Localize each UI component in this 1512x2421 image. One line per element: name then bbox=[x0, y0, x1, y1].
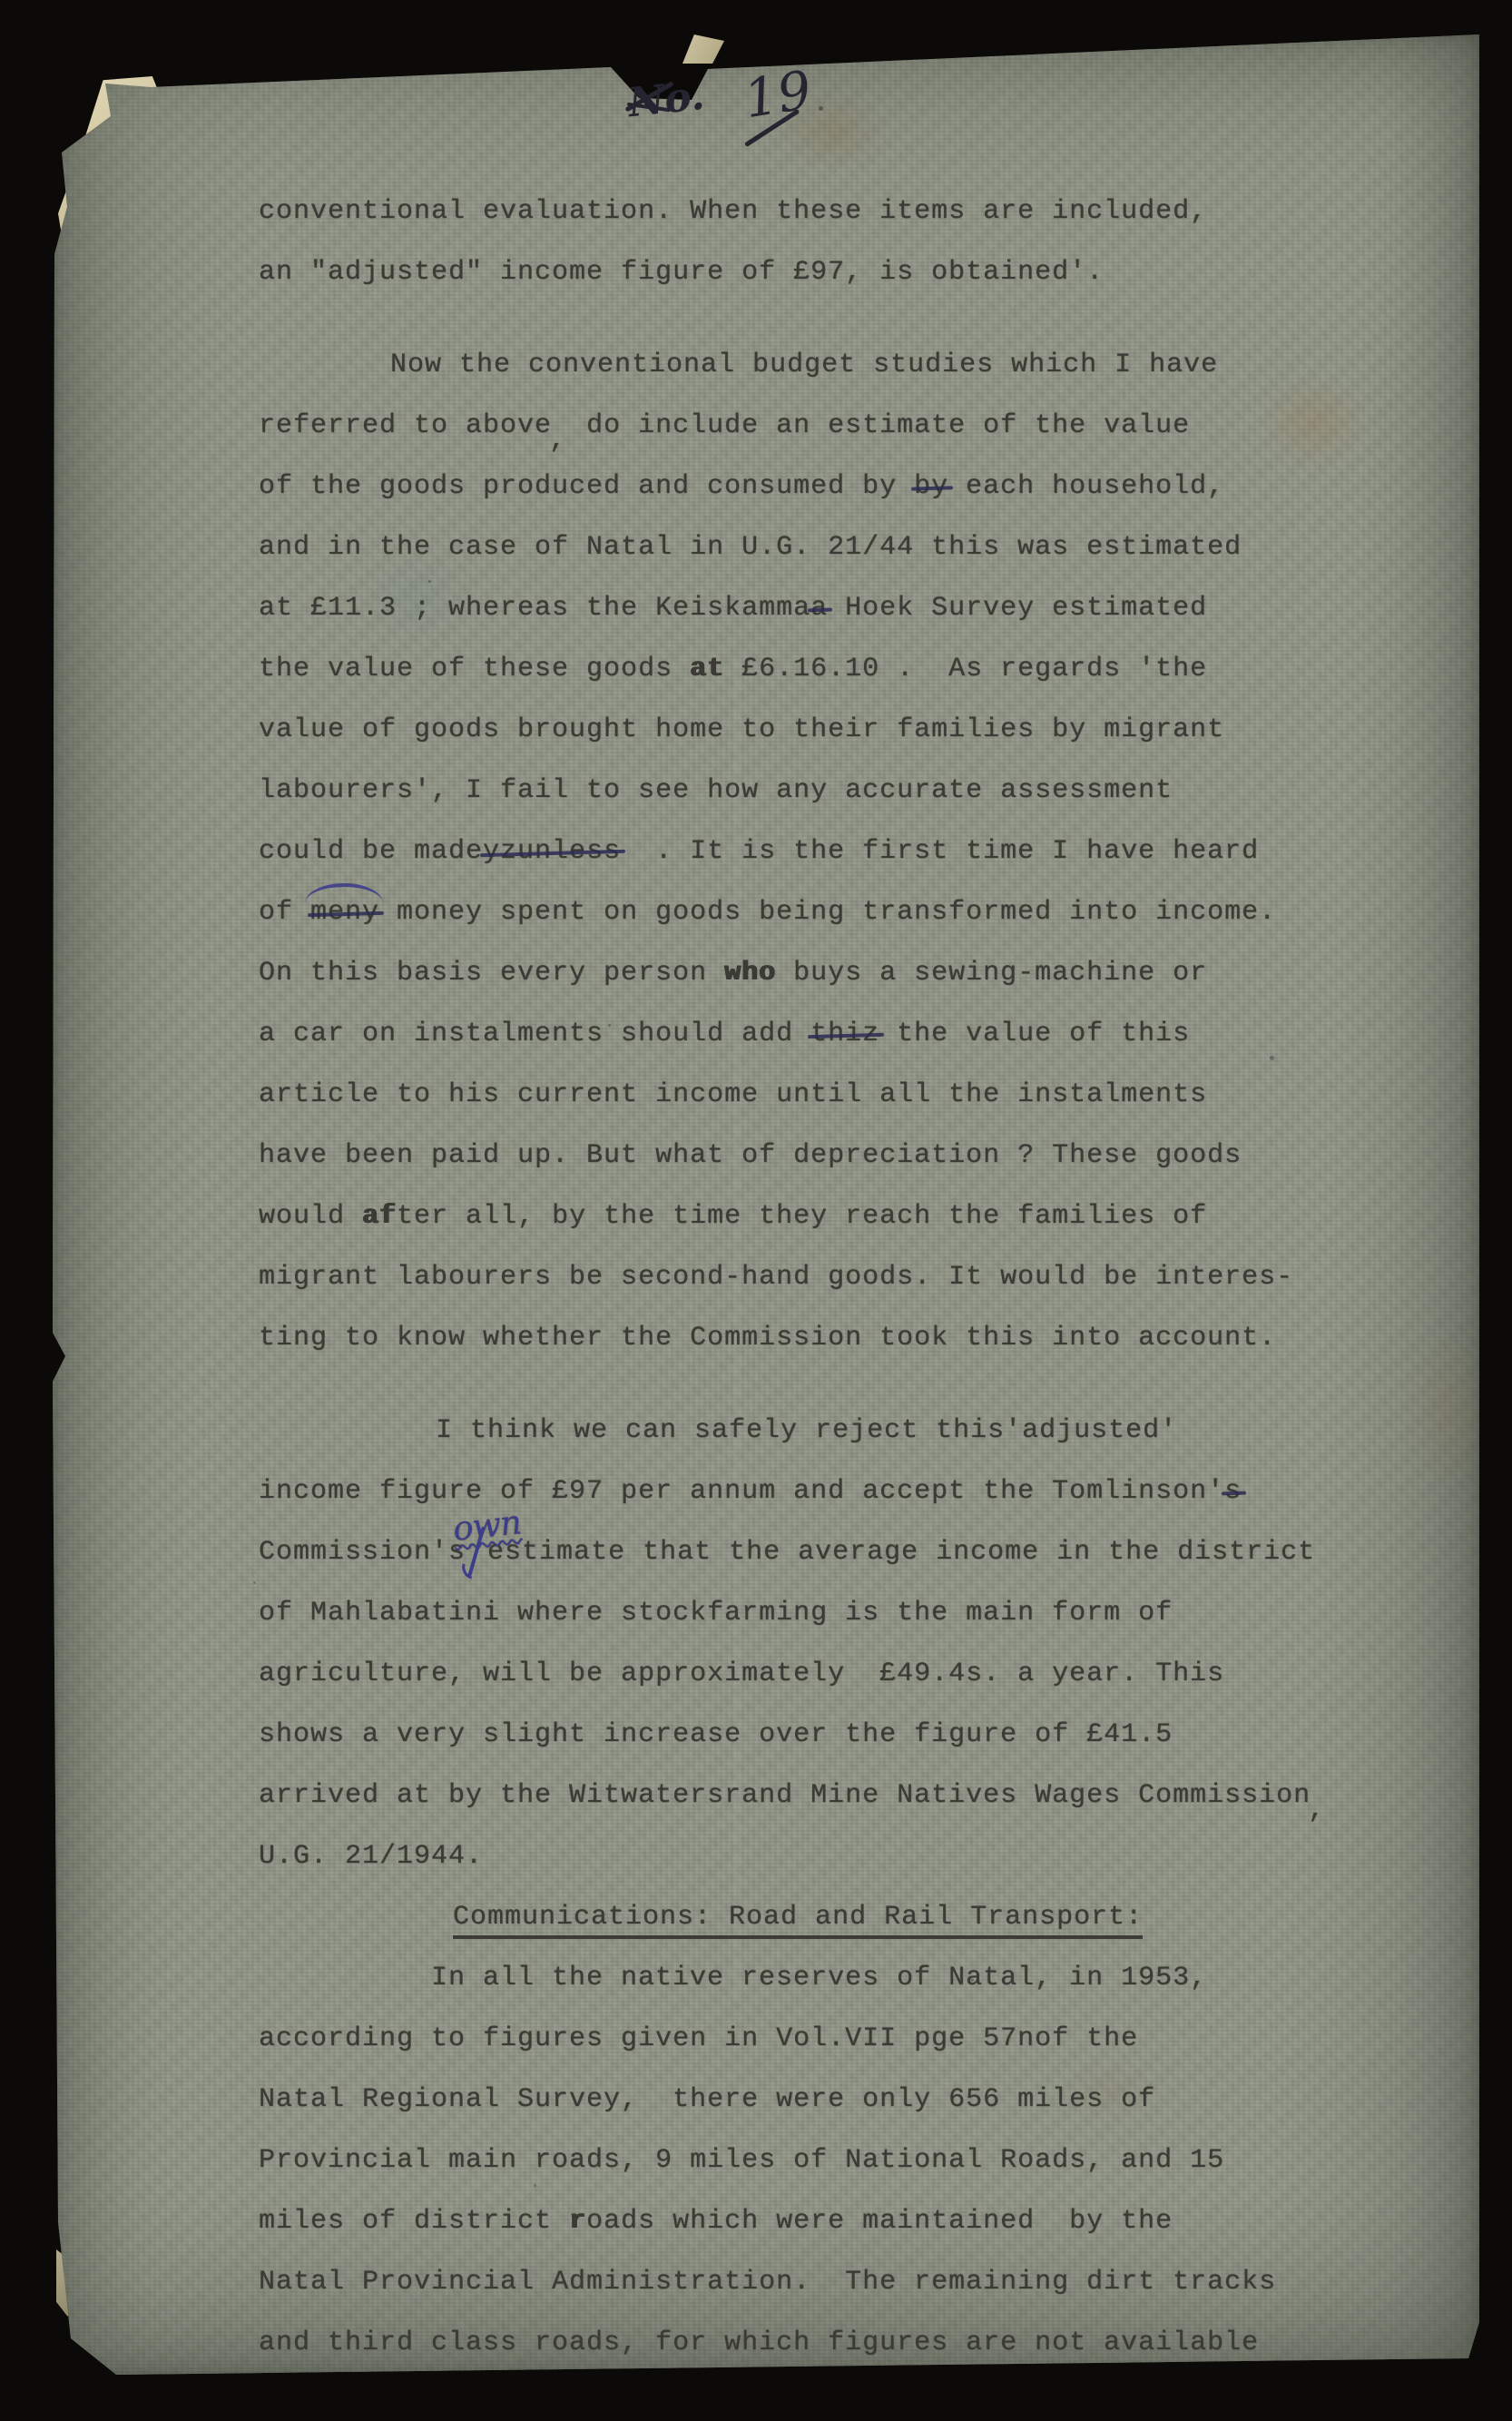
inserted-word: own bbox=[451, 1505, 522, 1546]
typed-line: value of goods brought home to their fam… bbox=[259, 700, 1357, 761]
typed-line: Communications: Road and Rail Transport: bbox=[259, 1887, 1357, 1948]
typed-text: of bbox=[259, 897, 310, 928]
typed-text: have been paid up. But what of depreciat… bbox=[259, 1140, 1242, 1171]
typed-line: at £11.3 ; whereas the Keiskammaa Hoek S… bbox=[259, 578, 1357, 639]
typed-text: and third class roads, for which figures… bbox=[259, 2328, 1259, 2358]
typed-text: miles of district bbox=[259, 2206, 569, 2237]
typed-text: at bbox=[690, 654, 724, 684]
typed-line: the value of these goods at £6.16.10 . A… bbox=[259, 639, 1357, 700]
typed-text: shows a very slight increase over the fi… bbox=[259, 1719, 1173, 1750]
typed-line: an "adjusted" income figure of £97, is o… bbox=[259, 242, 1357, 303]
typed-line: article to his current income until all … bbox=[259, 1065, 1357, 1126]
typed-text: who bbox=[724, 958, 776, 989]
typed-line: and third class roads, for which figures… bbox=[259, 2313, 1357, 2374]
typed-line: income figure of £97 per annum and accep… bbox=[259, 1461, 1357, 1522]
typed-line: of Mahlabatini where stockfarming is the… bbox=[259, 1583, 1357, 1644]
typed-line: shows a very slight increase over the fi… bbox=[259, 1705, 1357, 1766]
typed-line: Natal Regional Survey, there were only 6… bbox=[259, 2070, 1357, 2131]
typed-text: do include an estimate of the value bbox=[569, 410, 1190, 441]
typed-line: U.G. 21/1944. bbox=[259, 1826, 1357, 1887]
typed-text: and in the case of Natal in U.G. 21/44 t… bbox=[259, 532, 1242, 563]
torn-edge-fragment bbox=[682, 34, 724, 64]
typed-text: labourers', I fail to see how any accura… bbox=[259, 775, 1173, 806]
typed-line: agriculture, will be approximately £49.4… bbox=[259, 1644, 1357, 1705]
typed-text: ter all, by the time they reach the fami… bbox=[397, 1201, 1207, 1232]
typed-text: Communications: Road and Rail Transport: bbox=[453, 1902, 1143, 1939]
handwritten-page-number: No. 19 bbox=[628, 64, 811, 125]
typed-text: of the goods produced and consumed by bbox=[259, 471, 914, 502]
struck-text: yzunless bbox=[483, 836, 621, 867]
typed-line: arrived at by the Witwatersrand Mine Nat… bbox=[259, 1766, 1357, 1826]
typed-line: a car on instalments should add thiz the… bbox=[259, 1004, 1357, 1065]
struck-text: s bbox=[1224, 1476, 1242, 1507]
typed-line: Commission'sownestimate that the average… bbox=[259, 1522, 1357, 1583]
struck-text: a bbox=[810, 593, 828, 624]
typed-line: migrant labourers be second-hand goods. … bbox=[259, 1247, 1357, 1308]
typed-text: U.G. 21/1944. bbox=[259, 1841, 483, 1872]
typed-text: , bbox=[1308, 1795, 1325, 1826]
typed-text: buys a sewing-machine or bbox=[776, 958, 1207, 989]
typed-text: each household, bbox=[948, 471, 1224, 502]
typed-text: the value of this bbox=[879, 1019, 1190, 1049]
typed-text: £6.16.10 . As regards 'the bbox=[724, 654, 1207, 684]
typed-text: at £11.3 ; whereas the Keiskamma bbox=[259, 593, 810, 624]
typed-line: Natal Provincial Administration. The rem… bbox=[259, 2252, 1357, 2313]
typed-text: On this basis every person bbox=[259, 958, 724, 989]
typed-text: value of goods brought home to their fam… bbox=[259, 714, 1224, 745]
paper-stain bbox=[1405, 1333, 1487, 1487]
typed-text: estimate that the average income in the … bbox=[487, 1537, 1315, 1568]
typed-content: conventional evaluation. When these item… bbox=[259, 182, 1357, 2374]
typed-text: would bbox=[259, 1201, 362, 1232]
struck-text: by bbox=[914, 471, 948, 502]
typed-text: income figure of £97 per annum and accep… bbox=[259, 1476, 1224, 1507]
typed-line: and in the case of Natal in U.G. 21/44 t… bbox=[259, 517, 1357, 578]
typed-text: agriculture, will be approximately £49.4… bbox=[259, 1658, 1224, 1689]
typed-text: r bbox=[569, 2206, 586, 2237]
typed-text: Commission's bbox=[259, 1537, 466, 1568]
handwritten-insertion: own bbox=[466, 1551, 487, 1559]
typed-line: of the goods produced and consumed by by… bbox=[259, 457, 1357, 517]
typed-text: Now the conventional budget studies whic… bbox=[390, 349, 1218, 380]
struck-text: thiz bbox=[810, 1019, 879, 1049]
paragraph: Now the conventional budget studies whic… bbox=[259, 335, 1357, 1369]
typed-text: money spent on goods being transformed i… bbox=[379, 897, 1276, 928]
typed-line: labourers', I fail to see how any accura… bbox=[259, 761, 1357, 822]
paragraph: I think we can safely reject this'adjust… bbox=[259, 1401, 1357, 1887]
typed-text: conventional evaluation. When these item… bbox=[259, 196, 1207, 227]
typed-text: arrived at by the Witwatersrand Mine Nat… bbox=[259, 1780, 1311, 1811]
paragraph: conventional evaluation. When these item… bbox=[259, 182, 1357, 303]
paper-specks bbox=[53, 34, 55, 37]
typed-text: a car on instalments should add bbox=[259, 1019, 810, 1049]
typed-line: I think we can safely reject this'adjust… bbox=[259, 1401, 1357, 1461]
typed-line: have been paid up. But what of depreciat… bbox=[259, 1126, 1357, 1186]
typed-line: would after all, by the time they reach … bbox=[259, 1186, 1357, 1247]
typed-line: ting to know whether the Commission took… bbox=[259, 1308, 1357, 1369]
typed-text: according to figures given in Vol.VII pg… bbox=[259, 2023, 1138, 2054]
typed-text: Provincial main roads, 9 miles of Nation… bbox=[259, 2145, 1224, 2176]
typed-text: could be made bbox=[259, 836, 483, 867]
typed-text: ting to know whether the Commission took… bbox=[259, 1323, 1276, 1353]
typed-text: Hoek Survey estimated bbox=[828, 593, 1207, 624]
typed-text: . It is the first time I have heard bbox=[621, 836, 1259, 867]
typed-text: referred to above bbox=[259, 410, 552, 441]
section-heading: Communications: Road and Rail Transport: bbox=[259, 1887, 1357, 1948]
typed-text: Natal Regional Survey, there were only 6… bbox=[259, 2084, 1155, 2115]
typed-text: migrant labourers be second-hand goods. … bbox=[259, 1262, 1293, 1293]
typed-line: Provincial main roads, 9 miles of Nation… bbox=[259, 2131, 1357, 2191]
typed-text: In all the native reserves of Natal, in … bbox=[431, 1963, 1207, 1993]
typed-line: conventional evaluation. When these item… bbox=[259, 182, 1357, 242]
typed-text: I think we can safely reject this'adjust… bbox=[436, 1415, 1177, 1446]
page-number-label: No. bbox=[626, 73, 707, 127]
scan-background: No. 19 conventional evaluation. When the… bbox=[0, 0, 1512, 2421]
typed-text: af bbox=[362, 1201, 397, 1232]
typed-text: oads which were maintained by the bbox=[586, 2206, 1173, 2237]
typed-text: of Mahlabatini where stockfarming is the… bbox=[259, 1598, 1173, 1629]
typed-line: referred to above, do include an estimat… bbox=[259, 396, 1357, 457]
typed-text: Natal Provincial Administration. The rem… bbox=[259, 2267, 1276, 2298]
paragraph: In all the native reserves of Natal, in … bbox=[259, 1948, 1357, 2374]
typed-text: the value of these goods bbox=[259, 654, 690, 684]
typed-text: an "adjusted" income figure of £97, is o… bbox=[259, 257, 1104, 288]
page-number-value: 19 bbox=[740, 59, 816, 131]
typed-line: In all the native reserves of Natal, in … bbox=[259, 1948, 1357, 2009]
typed-line: of meny money spent on goods being trans… bbox=[259, 882, 1357, 943]
typed-line: could be madeyzunless . It is the first … bbox=[259, 822, 1357, 882]
typed-line: Now the conventional budget studies whic… bbox=[259, 335, 1357, 396]
typed-line: miles of district roads which were maint… bbox=[259, 2191, 1357, 2252]
typed-text: article to his current income until all … bbox=[259, 1079, 1207, 1110]
typed-text: , bbox=[549, 425, 566, 456]
struck-text: meny bbox=[310, 897, 379, 928]
typed-line: according to figures given in Vol.VII pg… bbox=[259, 2009, 1357, 2070]
typed-line: On this basis every person who buys a se… bbox=[259, 943, 1357, 1004]
